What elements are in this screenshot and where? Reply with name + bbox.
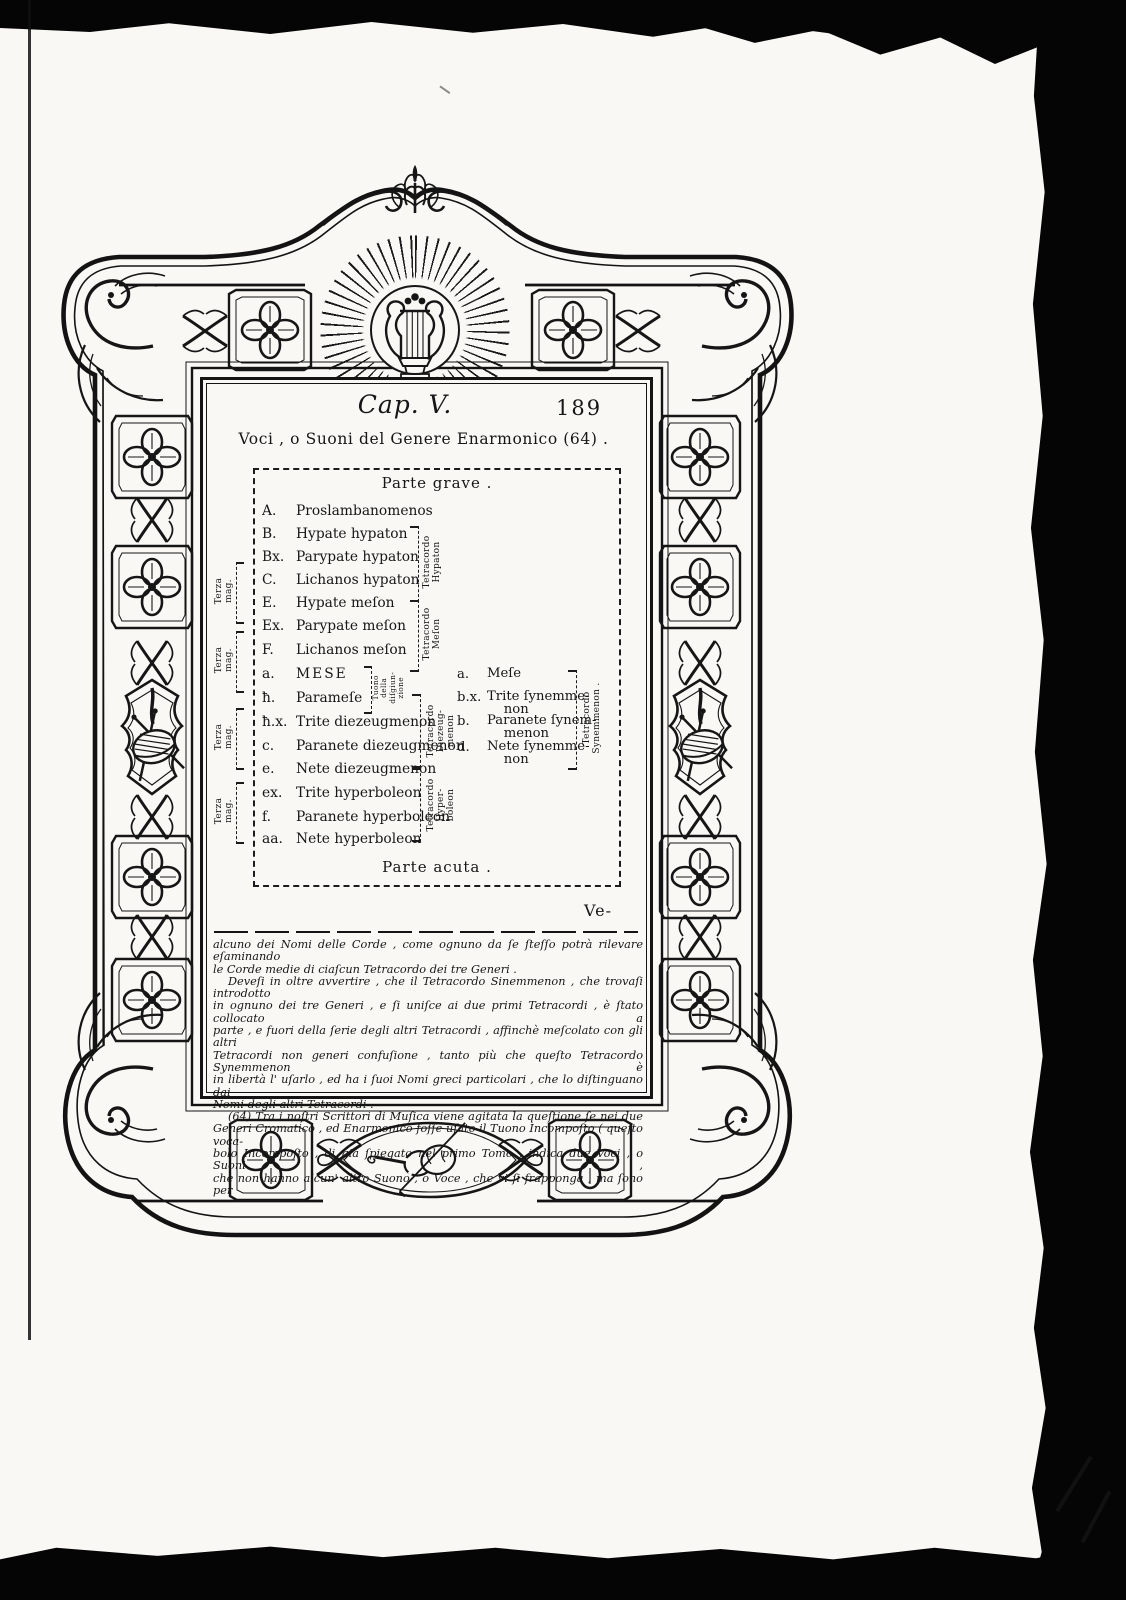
- synemmenon-bracket: [568, 670, 577, 770]
- terza-mag-label: Terza mag.: [214, 717, 234, 757]
- note-row: a.Meſe: [457, 667, 599, 682]
- footnote-rule: [214, 931, 638, 933]
- hyperboleon-bracket: [412, 768, 421, 842]
- meson-bracket: [410, 600, 419, 672]
- note-row: d.Nete ſynemme- non: [457, 740, 599, 766]
- footnote-line: che non hanno alcun' altro Suono , o Voc…: [213, 1173, 643, 1198]
- note-row: C.Lichanos hypaton: [262, 572, 420, 588]
- section-subtitle: Voci , o Suoni del Genere Enarmonico (64…: [200, 430, 647, 448]
- note-row: E.Hypate meſon: [262, 595, 395, 611]
- footnote-line: in libertà l' uſarlo , ed ha i ſuoi Nomi…: [213, 1074, 643, 1099]
- note-row: b.Paranete ſynem- menon: [457, 714, 599, 740]
- note-row: F.Lichanos meſon: [262, 642, 407, 658]
- page-number: 189: [556, 396, 602, 420]
- terza-bracket: [236, 782, 244, 844]
- terza-bracket: [236, 631, 244, 693]
- hypaton-bracket: [410, 526, 419, 602]
- terza-mag-label: Terza mag.: [214, 571, 234, 611]
- parte-grave-label: Parte grave .: [255, 474, 619, 492]
- note-row: ex.Trite hyperboleon: [262, 785, 422, 801]
- footnote-line: Deveſi in oltre avvertire , che il Tetra…: [213, 976, 643, 1001]
- scanned-book-page: Cap. V. 189 Voci , o Suoni del Genere En…: [0, 0, 1126, 1600]
- terza-bracket: [236, 708, 244, 770]
- note-row: A.Proslambanomenos: [262, 503, 433, 519]
- footnote-line: bolo Incompoſto , di già ſpiegato nel pr…: [213, 1148, 643, 1173]
- note-row: aa.Nete hyperboleon: [262, 831, 422, 847]
- tetracordo-diezeugmenon-label: Tetracordo Diezeug- menon: [426, 695, 456, 767]
- note-row: a.MESE: [262, 666, 348, 682]
- terza-mag-label: Terza mag.: [214, 791, 234, 831]
- catchword: Ve-: [540, 901, 612, 920]
- parte-acuta-label: Parte acuta .: [255, 858, 619, 876]
- footnote-line: alcuno dei Nomi delle Corde , come ognun…: [213, 939, 643, 964]
- chapter-title: Cap. V.: [255, 390, 555, 419]
- footnote-line: Generi Cromatico , ed Enarmonico foſſe u…: [213, 1123, 643, 1148]
- note-row: f.Paranete hyperboleon: [262, 809, 450, 825]
- note-row: ħ.Parameſe: [262, 690, 362, 706]
- note-row: B.Hypate hypaton: [262, 526, 407, 542]
- footnote-line: parte , e fuori della ſerie degli altri …: [213, 1025, 643, 1050]
- footnote-line: Tetracordi non generi confuſione , tanto…: [213, 1050, 643, 1075]
- diezeugmenon-bracket: [412, 694, 421, 768]
- tuono-disgiunzione-label: Tuono della diſgiun- zione: [372, 664, 406, 712]
- footnote-line: in ognuno dei tre Generi , e ſi uniſce a…: [213, 1000, 643, 1025]
- tetracordo-hyperboleon-label: Tetracordo Hyper- boleon: [426, 769, 456, 841]
- footnote-block: alcuno dei Nomi delle Corde , come ognun…: [213, 939, 643, 1197]
- terza-bracket: [236, 562, 244, 624]
- terza-mag-label: Terza mag.: [214, 640, 234, 680]
- torn-edge-right: [1028, 0, 1126, 1600]
- page-fold-line: [28, 0, 31, 1340]
- tetracordo-hypaton-label: Tetracordo Hypaton: [422, 525, 442, 599]
- note-row: e.Nete diezeugmenon: [262, 761, 436, 777]
- tetracordo-synemmenon-label: Tetracordo Synemmenon .: [582, 669, 602, 767]
- note-row: Ex.Parypate meſon: [262, 618, 406, 634]
- note-row: ħ.x.Trite diezeugmenon: [262, 714, 436, 730]
- note-row: Bx.Parypate hypaton: [262, 549, 419, 565]
- tetracordo-meson-label: Tetracordo Meſon: [422, 597, 442, 671]
